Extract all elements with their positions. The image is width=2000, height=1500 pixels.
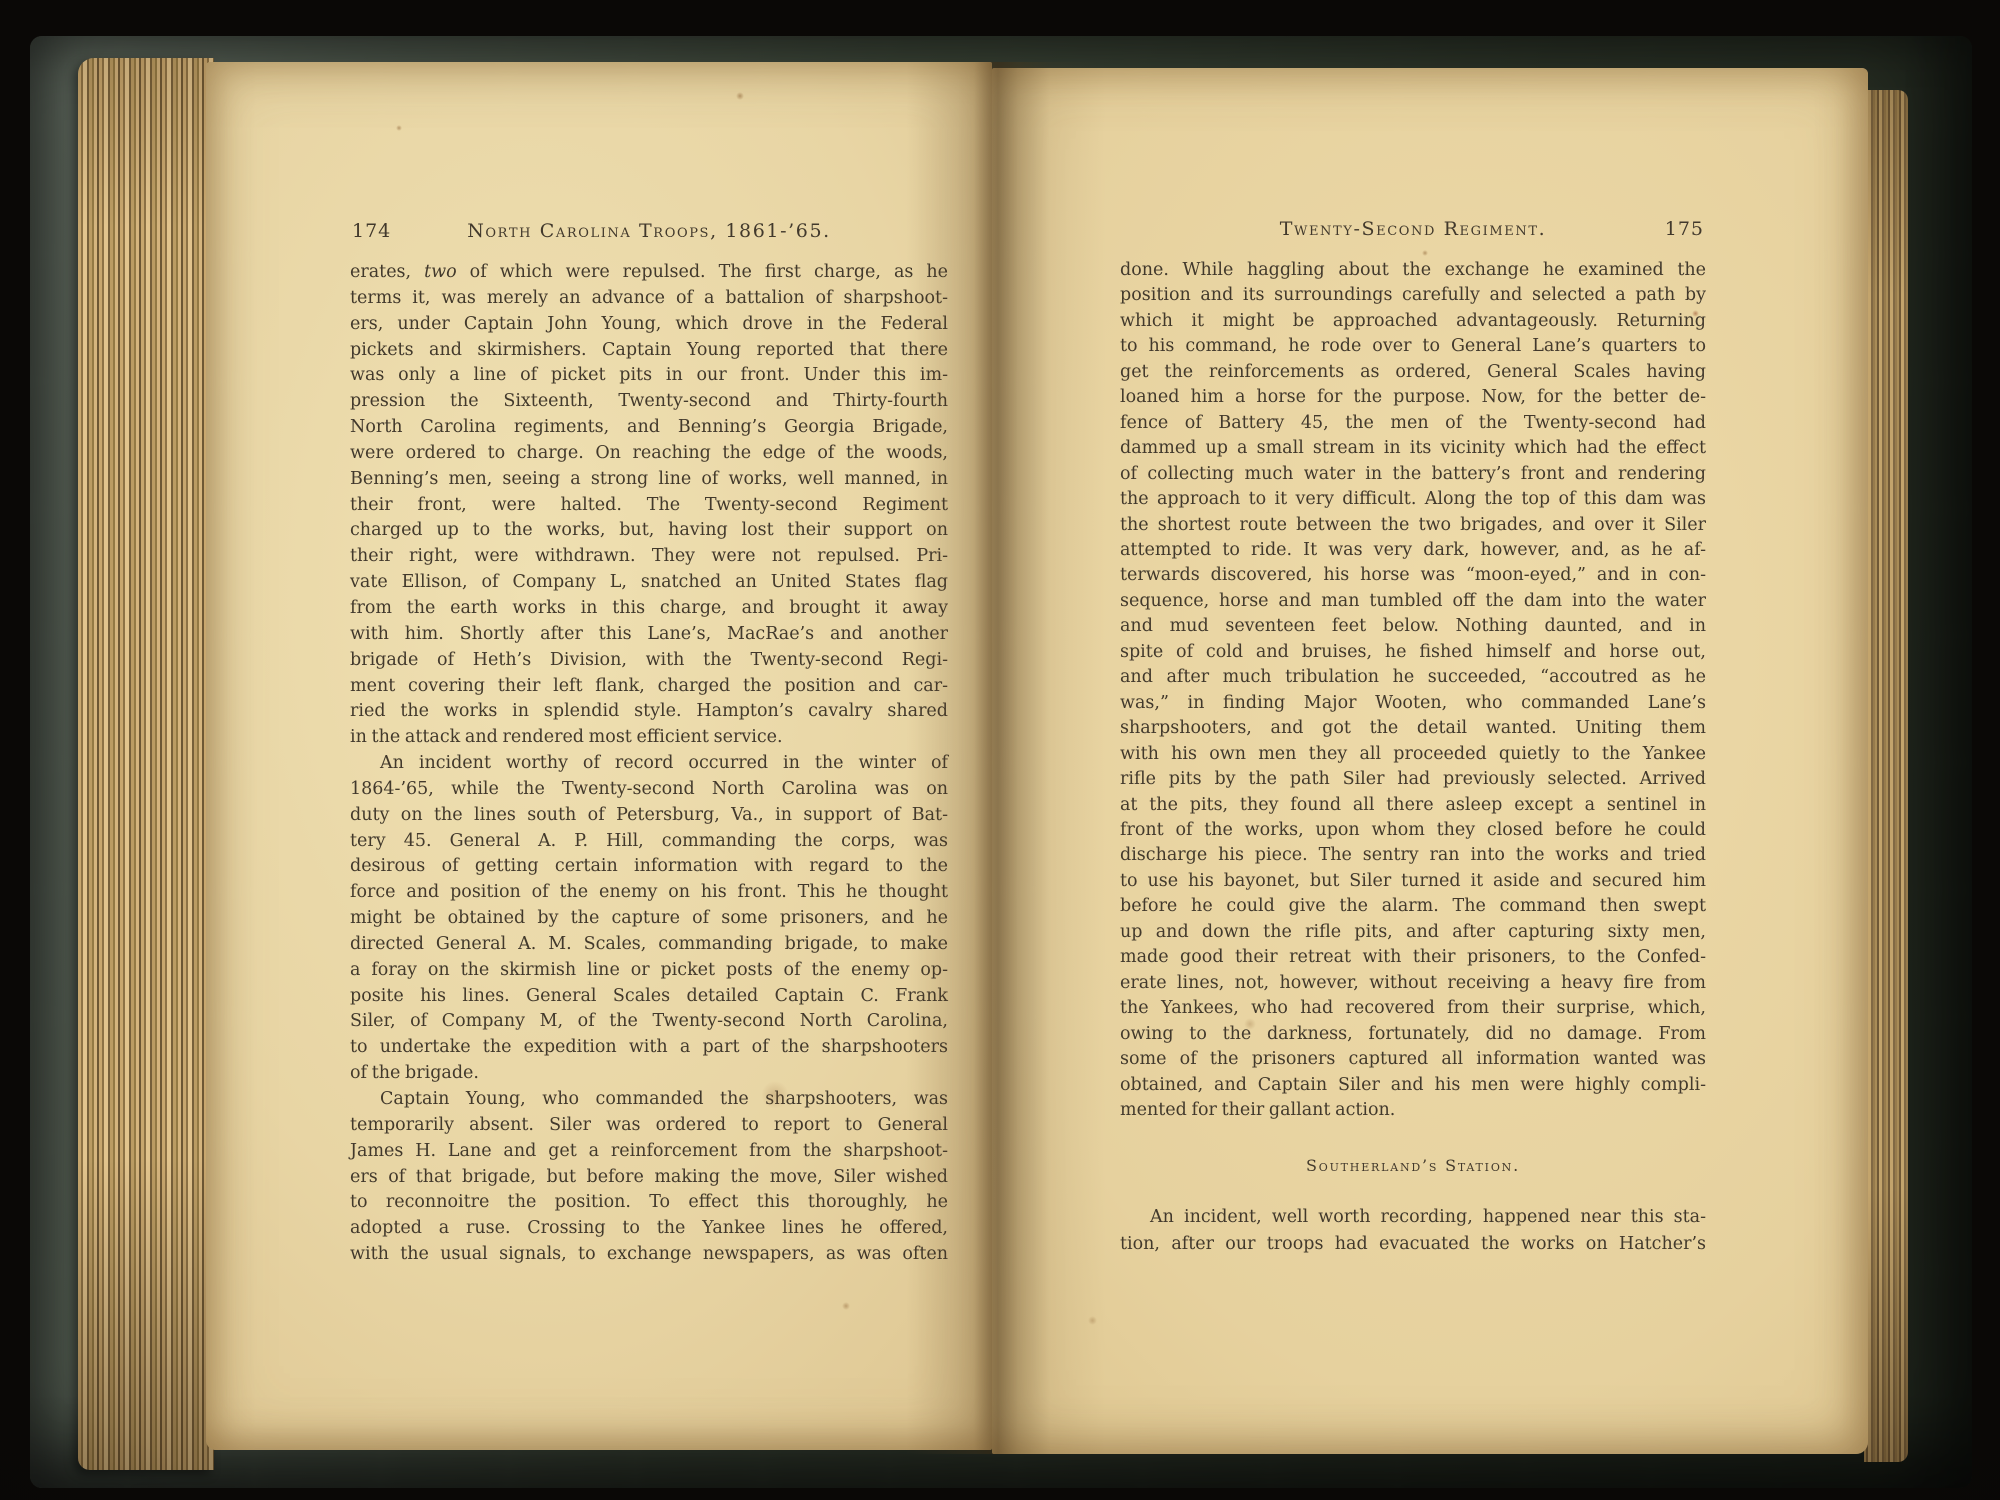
text-line: with him. Shortly after this Lane’s, Mac… (350, 622, 948, 648)
text-line: to use his bayonet, but Siler turned it … (1120, 869, 1706, 894)
text-line: desirous of getting certain information … (350, 854, 948, 880)
text-line: done. While haggling about the exchange … (1120, 258, 1706, 283)
text-line: to undertake the expedition with a part … (350, 1035, 948, 1061)
text-line: An incident worthy of record occurred in… (350, 751, 948, 777)
text-line: tery 45. General A. P. Hill, commanding … (350, 829, 948, 855)
paragraph: An incident worthy of record occurred in… (350, 751, 948, 1087)
text-line: Captain Young, who commanded the sharpsh… (350, 1087, 948, 1113)
text-line: charged up to the works, but, having los… (350, 518, 948, 544)
text-line: dammed up a small stream in its vicinity… (1120, 436, 1706, 461)
text-line: and after much tribulation he succeeded,… (1120, 665, 1706, 690)
text-line: posite his lines. General Scales detaile… (350, 984, 948, 1010)
text-line: their right, were withdrawn. They were n… (350, 544, 948, 570)
stain-spot (1422, 250, 1428, 256)
text-line: the approach to it very difficult. Along… (1120, 487, 1706, 512)
text-line: were ordered to charge. On reaching the … (350, 441, 948, 467)
text-line: the shortest route between the two briga… (1120, 513, 1706, 538)
text-line: tion, after our troops had evacuated the… (1120, 1231, 1706, 1258)
right-page: Twenty-Second Regiment. 175 done. While … (992, 68, 1868, 1454)
page-stack-left-edge (78, 58, 214, 1470)
text-line: force and position of the enemy on his f… (350, 880, 948, 906)
text-line: a foray on the skirmish line or picket p… (350, 958, 948, 984)
text-line: to reconnoitre the position. To effect t… (350, 1190, 948, 1216)
text-line: temporarily absent. Siler was ordered to… (350, 1113, 948, 1139)
text-line: vate Ellison, of Company L, snatched an … (350, 570, 948, 596)
stain-spot (396, 125, 402, 131)
text-line: ment covering their left flank, charged … (350, 674, 948, 700)
stain-spot (842, 1302, 850, 1310)
left-page-header: 174 North Carolina Troops, 1861-’65. (350, 220, 948, 250)
text-line: ried the works in splendid style. Hampto… (350, 699, 948, 725)
text-line: sharpshooters, and got the detail wanted… (1120, 716, 1706, 741)
text-line: get the reinforcements as ordered, Gener… (1120, 360, 1706, 385)
page-stack-right-edge (1864, 90, 1908, 1462)
text-line: adopted a ruse. Crossing to the Yankee l… (350, 1216, 948, 1242)
text-line: obtained, and Captain Siler and his men … (1120, 1073, 1706, 1098)
text-line: terwards discovered, his horse was “moon… (1120, 563, 1706, 588)
section-heading: Southerland’s Station. (1120, 1156, 1706, 1175)
paragraph: Captain Young, who commanded the sharpsh… (350, 1087, 948, 1268)
text-line: made good their retreat with their priso… (1120, 945, 1706, 970)
text-line: discharge his piece. The sentry ran into… (1120, 843, 1706, 868)
text-line: in the attack and rendered most efficien… (350, 725, 948, 751)
text-line: at the pits, they found all there asleep… (1120, 793, 1706, 818)
page-number-right: 175 (1665, 218, 1704, 240)
text-line: erates, two of which were repulsed. The … (350, 260, 948, 286)
text-line: up and down the rifle pits, and after ca… (1120, 920, 1706, 945)
text-line: ers of that brigade, but before making t… (350, 1165, 948, 1191)
text-line: their front, were halted. The Twenty-sec… (350, 493, 948, 519)
running-title-right: Twenty-Second Regiment. (1120, 218, 1706, 240)
text-line: which it might be approached advantageou… (1120, 309, 1706, 334)
text-line: position and its surroundings carefully … (1120, 283, 1706, 308)
right-page-closing: An incident, well worth recording, happe… (1120, 1204, 1706, 1257)
text-line: sequence, horse and man tumbled off the … (1120, 589, 1706, 614)
text-line: attempted to ride. It was very dark, how… (1120, 538, 1706, 563)
text-line: was only a line of picket pits in our fr… (350, 363, 948, 389)
text-line: was,” in finding Major Wooten, who comma… (1120, 691, 1706, 716)
text-line: with his own men they all proceeded quie… (1120, 742, 1706, 767)
text-line: rifle pits by the path Siler had previou… (1120, 767, 1706, 792)
paragraph: An incident, well worth recording, happe… (1120, 1204, 1706, 1257)
text-line: loaned him a horse for the purpose. Now,… (1120, 385, 1706, 410)
paragraph: erates, two of which were repulsed. The … (350, 260, 948, 751)
text-line: An incident, well worth recording, happe… (1120, 1204, 1706, 1231)
text-line: North Carolina regiments, and Benning’s … (350, 415, 948, 441)
text-line: Siler, of Company M, of the Twenty-secon… (350, 1009, 948, 1035)
text-line: mented for their gallant action. (1120, 1098, 1706, 1123)
page-number-left: 174 (352, 220, 391, 242)
left-page: 174 North Carolina Troops, 1861-’65. era… (206, 62, 992, 1450)
text-line: before he could give the alarm. The comm… (1120, 894, 1706, 919)
text-line: of the brigade. (350, 1061, 948, 1087)
right-page-body: done. While haggling about the exchange … (1120, 258, 1706, 1123)
text-line: some of the prisoners captured all infor… (1120, 1047, 1706, 1072)
text-line: might be obtained by the capture of some… (350, 906, 948, 932)
right-page-header: Twenty-Second Regiment. 175 (1120, 218, 1706, 248)
text-line: front of the works, upon whom they close… (1120, 818, 1706, 843)
text-line: from the earth works in this charge, and… (350, 596, 948, 622)
text-line: of collecting much water in the battery’… (1120, 462, 1706, 487)
text-line: spite of cold and bruises, he fished him… (1120, 640, 1706, 665)
stain-spot (1088, 1316, 1097, 1325)
text-line: with the usual signals, to exchange news… (350, 1242, 948, 1268)
text-line: pickets and skirmishers. Captain Young r… (350, 338, 948, 364)
running-title-left: North Carolina Troops, 1861-’65. (350, 220, 948, 242)
text-line: terms it, was merely an advance of a bat… (350, 286, 948, 312)
text-line: brigade of Heth’s Division, with the Twe… (350, 648, 948, 674)
text-line: James H. Lane and get a reinforcement fr… (350, 1139, 948, 1165)
text-line: duty on the lines south of Petersburg, V… (350, 803, 948, 829)
text-line: the Yankees, who had recovered from thei… (1120, 996, 1706, 1021)
paragraph: done. While haggling about the exchange … (1120, 258, 1706, 1123)
text-line: ers, under Captain John Young, which dro… (350, 312, 948, 338)
text-line: erate lines, not, however, without recei… (1120, 971, 1706, 996)
stain-spot (736, 92, 744, 100)
text-line: owing to the darkness, fortunately, did … (1120, 1022, 1706, 1047)
text-line: to his command, he rode over to General … (1120, 334, 1706, 359)
text-line: pression the Sixteenth, Twenty-second an… (350, 389, 948, 415)
book-scan: 174 North Carolina Troops, 1861-’65. era… (0, 0, 2000, 1500)
text-line: 1864-’65, while the Twenty-second North … (350, 777, 948, 803)
text-line: and mud seventeen feet below. Nothing da… (1120, 614, 1706, 639)
left-page-body: erates, two of which were repulsed. The … (350, 260, 948, 1268)
text-line: directed General A. M. Scales, commandin… (350, 932, 948, 958)
text-line: fence of Battery 45, the men of the Twen… (1120, 411, 1706, 436)
text-line: Benning’s men, seeing a strong line of w… (350, 467, 948, 493)
